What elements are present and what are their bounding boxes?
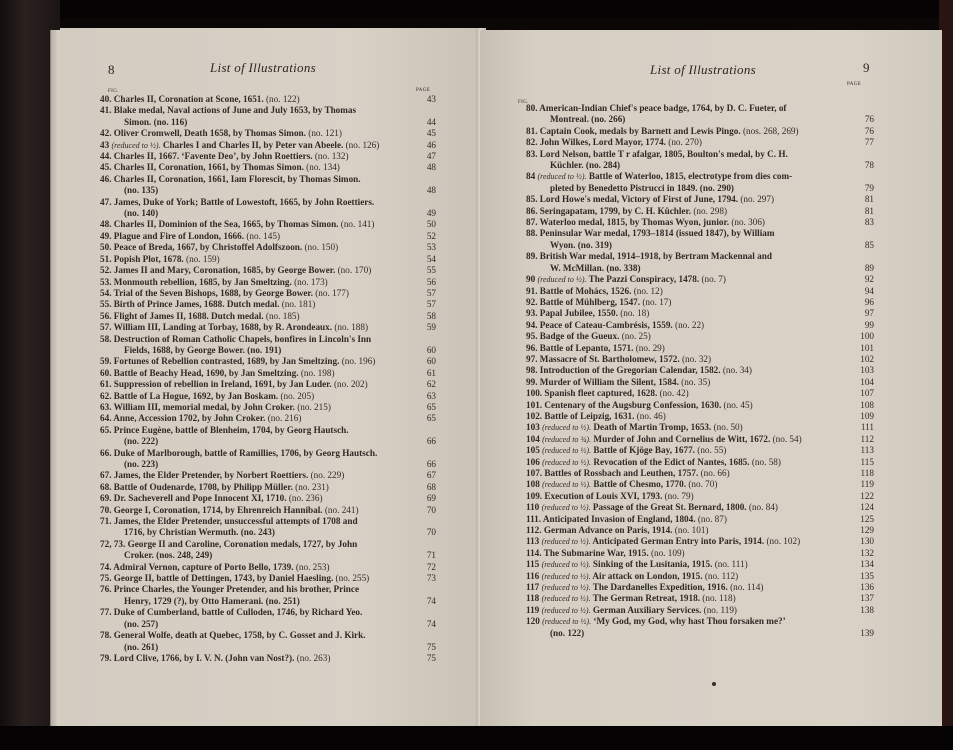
illustration-title: The Pazzi Conspiracy, 1478. xyxy=(589,274,700,284)
illustration-title: Battle of Beachy Head, 1690, by Jan Smel… xyxy=(114,368,299,378)
page-reference: 46 xyxy=(412,140,436,151)
list-item: 65. Prince Eugène, battle of Blenheim, 1… xyxy=(100,425,436,448)
reduction-note: (reduced to ½). xyxy=(542,503,591,512)
illustration-title: Battle of Oudenarde, 1708, by Philipp Mü… xyxy=(114,482,293,492)
figure-number: 83. xyxy=(526,149,537,159)
illustration-title: Anne, Accession 1702, by John Croker. xyxy=(113,413,265,423)
figure-number: 117 xyxy=(526,582,539,592)
list-item: 98. Introduction of the Gregorian Calend… xyxy=(526,365,874,376)
page-reference: 137 xyxy=(850,593,874,604)
page-reference: 48 xyxy=(412,185,436,196)
figure-number: 80. xyxy=(526,103,537,113)
illustration-title: Badge of the Gueux. xyxy=(540,331,620,341)
catalogue-reference: (no. 170) xyxy=(338,265,372,275)
illustration-title: Massacre of St. Bartholomew, 1572. xyxy=(540,354,680,364)
figure-number: 61. xyxy=(100,379,111,389)
figure-number: 68. xyxy=(100,482,111,492)
page-reference: 74 xyxy=(412,619,436,630)
list-item: 84 (reduced to ½). Battle of Waterloo, 1… xyxy=(526,171,874,194)
catalogue-reference: (no. 255) xyxy=(336,573,370,583)
catalogue-reference: (no. 35) xyxy=(681,377,710,387)
illustration-title: Peninsular War medal, 1793–1814 (issued … xyxy=(540,228,775,238)
page-reference: 56 xyxy=(412,277,436,288)
title-continuation: Fields, 1688, by George Bower. (no. 191) xyxy=(100,345,404,356)
page-reference: 67 xyxy=(412,470,436,481)
figure-number: 59. xyxy=(100,356,111,366)
figure-number: 40. xyxy=(100,94,111,104)
right-page: List of Illustrations 9 PAGE FIG. 80. Am… xyxy=(480,30,942,730)
figure-number: 76. xyxy=(100,584,111,594)
page-reference: 53 xyxy=(412,242,436,253)
list-item: 112. German Advance on Paris, 1914. (no.… xyxy=(526,525,874,536)
catalogue-reference: (no. 173) xyxy=(294,277,328,287)
figure-number: 50. xyxy=(100,242,111,252)
page-reference: 134 xyxy=(850,559,874,570)
figure-number: 56. xyxy=(100,311,111,321)
figure-number: 51. xyxy=(100,254,111,264)
page-reference: 74 xyxy=(412,596,436,607)
catalogue-reference: (no. 188) xyxy=(334,322,368,332)
catalogue-reference: (no. 18) xyxy=(620,308,649,318)
figure-number: 44. xyxy=(100,151,111,161)
page-number: 9 xyxy=(863,60,870,76)
list-item: 117 (reduced to ½). The Dardanelles Expe… xyxy=(526,582,874,593)
list-item: 47. James, Duke of York; Battle of Lowes… xyxy=(100,197,436,220)
list-item: 72, 73. George II and Caroline, Coronati… xyxy=(100,539,436,562)
figure-number: 48. xyxy=(100,219,111,229)
illustration-title: American-Indian Chief's peace badge, 176… xyxy=(539,103,786,113)
page-reference: 58 xyxy=(412,311,436,322)
illustration-title: German Advance on Paris, 1914. xyxy=(544,525,673,535)
figure-number: 41. xyxy=(100,105,111,115)
title-continuation: (no. 223) xyxy=(100,459,404,470)
figure-number: 109. xyxy=(526,491,542,501)
figure-number: 93. xyxy=(526,308,537,318)
page-reference: 65 xyxy=(412,413,436,424)
catalogue-reference: (no. 132) xyxy=(315,151,349,161)
list-item: 63. William III, memorial medal, by John… xyxy=(100,402,436,413)
illustration-title: Introduction of the Gregorian Calendar, … xyxy=(540,365,721,375)
illustration-title: James, the Elder Pretender, unsuccessful… xyxy=(114,516,358,526)
catalogue-reference: (no. 55) xyxy=(697,445,726,455)
illustration-title: Dr. Sacheverell and Pope Innocent XI, 17… xyxy=(114,493,287,503)
illustration-title: Duke of Marlborough, battle of Ramillies… xyxy=(114,448,377,458)
page-reference: 83 xyxy=(850,217,874,228)
catalogue-reference: (no. 112) xyxy=(705,571,738,581)
illustration-title: Air attack on London, 1915. xyxy=(592,571,702,581)
illustration-title: Peace of Cateau-Cambrésis, 1559. xyxy=(540,320,673,330)
catalogue-reference: (no. 42) xyxy=(660,388,689,398)
left-page: 8 List of Illustrations FIG. PAGE 40. Ch… xyxy=(60,28,480,728)
catalogue-reference: (no. 181) xyxy=(282,299,316,309)
page-reference: 139 xyxy=(850,628,874,639)
figure-number: 116 xyxy=(526,571,539,581)
illustration-title: Admiral Vernon, capture of Porto Bello, … xyxy=(113,562,293,572)
page-reference: 76 xyxy=(850,114,874,125)
page-reference: 103 xyxy=(850,365,874,376)
illustration-title: Passage of the Great St. Bernard, 1800. xyxy=(593,502,747,512)
figure-number: 111. xyxy=(526,514,541,524)
reduction-note: (reduced to ½). xyxy=(542,423,591,432)
catalogue-reference: (no. 134) xyxy=(306,162,340,172)
page-reference: 45 xyxy=(412,128,436,139)
catalogue-reference: (no. 118) xyxy=(702,593,735,603)
catalogue-reference: (no. 109) xyxy=(651,548,685,558)
catalogue-reference: (no. 22) xyxy=(675,320,704,330)
page-reference: 125 xyxy=(850,514,874,525)
illustration-title: Fortunes of Rebellion contrasted, 1689, … xyxy=(114,356,340,366)
list-item: 59. Fortunes of Rebellion contrasted, 16… xyxy=(100,356,436,367)
list-item: 120 (reduced to ½). ‘My God, my God, why… xyxy=(526,616,874,639)
list-item: 67. James, the Elder Pretender, by Norbe… xyxy=(100,470,436,481)
figure-number: 91. xyxy=(526,286,537,296)
list-item: 94. Peace of Cateau-Cambrésis, 1559. (no… xyxy=(526,320,874,331)
page-reference: 62 xyxy=(412,379,436,390)
catalogue-reference: (no. 216) xyxy=(268,413,302,423)
figure-number: 105 xyxy=(526,445,540,455)
list-item: 113 (reduced to ½). Anticipated German E… xyxy=(526,536,874,547)
figure-number: 96. xyxy=(526,343,537,353)
figure-number: 100. xyxy=(526,388,542,398)
catalogue-reference: (no. 141) xyxy=(341,219,375,229)
catalogue-reference: (no. 205) xyxy=(280,391,314,401)
page-reference: 99 xyxy=(850,320,874,331)
figure-number: 104 xyxy=(526,434,540,444)
figure-number: 118 xyxy=(526,593,539,603)
figure-number: 49. xyxy=(100,231,111,241)
page-reference: 136 xyxy=(850,582,874,593)
catalogue-reference: (no. 12) xyxy=(634,286,663,296)
figure-number: 54. xyxy=(100,288,111,298)
reduction-note: (reduced to ½). xyxy=(542,446,591,455)
list-item: 93. Papal Jubilee, 1550. (no. 18)97 xyxy=(526,308,874,319)
page-reference: 101 xyxy=(850,343,874,354)
page-reference: 119 xyxy=(850,479,874,490)
catalogue-reference: (no. 25) xyxy=(622,331,651,341)
illustration-title: Murder of William the Silent, 1584. xyxy=(540,377,679,387)
reduction-note: (reduced to ½). xyxy=(542,480,591,489)
figure-number: 45. xyxy=(100,162,111,172)
illustration-title: Flight of James II, 1688. Dutch medal. xyxy=(114,311,264,321)
page-reference: 79 xyxy=(850,183,874,194)
illustration-title: Captain Cook, medals by Barnett and Lewi… xyxy=(540,126,741,136)
list-item: 62. Battle of La Hogue, 1692, by Jan Bos… xyxy=(100,391,436,402)
illustration-title: Peace of Breda, 1667, by Christoffel Ado… xyxy=(114,242,302,252)
list-item: 105 (reduced to ½). Battle of Kjöge Bay,… xyxy=(526,445,874,456)
illustration-title: Charles II, 1667. ‘Favente Deo’, by John… xyxy=(114,151,313,161)
title-continuation: Küchler. (no. 284) xyxy=(526,160,842,171)
illustration-title: Suppression of rebellion in Ireland, 169… xyxy=(114,379,332,389)
catalogue-reference: (no. 236) xyxy=(289,493,323,503)
figure-number: 52. xyxy=(100,265,111,275)
list-item: 46. Charles II, Coronation, 1661, Iam Fl… xyxy=(100,174,436,197)
figure-number: 103 xyxy=(526,422,540,432)
page-column-header: PAGE xyxy=(416,88,430,93)
page-reference: 92 xyxy=(850,274,874,285)
illustration-title: Anticipated German Entry into Paris, 191… xyxy=(592,536,764,546)
illustration-title: Prince Eugène, battle of Blenheim, 1704,… xyxy=(114,425,349,435)
catalogue-reference: (no. 45) xyxy=(724,400,753,410)
figure-number: 119 xyxy=(526,605,539,615)
catalogue-reference: (no. 54) xyxy=(773,434,802,444)
page-reference: 49 xyxy=(412,208,436,219)
page-reference: 47 xyxy=(412,151,436,162)
figure-number: 110 xyxy=(526,502,539,512)
illustration-title: Destruction of Roman Catholic Chapels, b… xyxy=(114,334,371,344)
illustration-title: Seringapatam, 1799, by C. H. Küchler. xyxy=(540,206,691,216)
list-item: 104 (reduced to ¾). Murder of John and C… xyxy=(526,434,874,445)
illustration-title: Lord Nelson, battle T r afalgar, 1805, B… xyxy=(540,149,788,159)
top-shadow xyxy=(0,0,953,18)
catalogue-reference: (no. 79) xyxy=(665,491,694,501)
illustration-title: Duke of Cumberland, battle of Culloden, … xyxy=(114,607,363,617)
illustration-title: Battles of Rossbach and Leuthen, 1757. xyxy=(544,468,698,478)
list-item: 88. Peninsular War medal, 1793–1814 (iss… xyxy=(526,228,874,251)
list-item: 97. Massacre of St. Bartholomew, 1572. (… xyxy=(526,354,874,365)
list-item: 64. Anne, Accession 1702, by John Croker… xyxy=(100,413,436,424)
list-item: 74. Admiral Vernon, capture of Porto Bel… xyxy=(100,562,436,573)
page-reference: 113 xyxy=(850,445,874,456)
list-item: 90 (reduced to ½). The Pazzi Conspiracy,… xyxy=(526,274,874,285)
catalogue-reference: (no. 58) xyxy=(752,457,781,467)
reduction-note: (reduced to ½). xyxy=(542,560,591,569)
catalogue-reference: (no. 34) xyxy=(723,365,752,375)
page-reference: 57 xyxy=(412,299,436,310)
list-item: 77. Duke of Cumberland, battle of Cullod… xyxy=(100,607,436,630)
illustration-title: Battle of Waterloo, 1815, electrotype fr… xyxy=(589,171,792,181)
page-reference: 85 xyxy=(850,240,874,251)
page-reference: 100 xyxy=(850,331,874,342)
title-continuation: pleted by Benedetto Pistrucci in 1849. (… xyxy=(526,183,842,194)
title-continuation: 1716, by Christian Wermuth. (no. 243) xyxy=(100,527,404,538)
title-continuation: Henry, 1729 (?), by Otto Hamerani. (no. … xyxy=(100,596,404,607)
page-reference: 108 xyxy=(850,400,874,411)
illustration-title: Battle of Mohács, 1526. xyxy=(540,286,632,296)
page-reference: 118 xyxy=(850,468,874,479)
figure-number: 78. xyxy=(100,630,111,640)
list-item: 58. Destruction of Roman Catholic Chapel… xyxy=(100,334,436,357)
figure-number: 75. xyxy=(100,573,111,583)
catalogue-reference: (no. 7) xyxy=(701,274,726,284)
figure-number: 65. xyxy=(100,425,111,435)
illustration-title: Monmouth rebellion, 1685, by Jan Smeltzi… xyxy=(114,277,292,287)
illustration-title: James, the Elder Pretender, by Norbert R… xyxy=(114,470,309,480)
figure-number: 70. xyxy=(100,505,111,515)
page-reference: 70 xyxy=(412,527,436,538)
list-item: 81. Captain Cook, medals by Barnett and … xyxy=(526,126,874,137)
illustration-title: Charles II, Coronation, 1661, Iam Flores… xyxy=(114,174,361,184)
illustration-title: William III, memorial medal, by John Cro… xyxy=(114,402,295,412)
page-reference: 60 xyxy=(412,345,436,356)
figure-number: 115 xyxy=(526,559,539,569)
list-item: 108 (reduced to ½). Battle of Chesmo, 17… xyxy=(526,479,874,490)
illustration-title: Battle of Leipzig, 1631. xyxy=(544,411,634,421)
illustration-title: Battle of Mühlberg, 1547. xyxy=(540,297,640,307)
figure-number: 113 xyxy=(526,536,539,546)
list-item: 116 (reduced to ½). Air attack on London… xyxy=(526,571,874,582)
page-reference: 57 xyxy=(412,288,436,299)
list-item: 107. Battles of Rossbach and Leuthen, 17… xyxy=(526,468,874,479)
page-reference: 73 xyxy=(412,573,436,584)
list-item: 49. Plague and Fire of London, 1666. (no… xyxy=(100,231,436,242)
page-reference: 107 xyxy=(850,388,874,399)
page-reference: 66 xyxy=(412,436,436,447)
figure-number: 58. xyxy=(100,334,111,344)
title-continuation: (no. 135) xyxy=(100,185,404,196)
catalogue-reference: (no. 102) xyxy=(766,536,800,546)
catalogue-reference: (no. 29) xyxy=(636,343,665,353)
reduction-note: (reduced to ½). xyxy=(542,458,591,467)
page-reference: 55 xyxy=(412,265,436,276)
page-reference: 60 xyxy=(412,356,436,367)
page-reference: 61 xyxy=(412,368,436,379)
figure-number: 42. xyxy=(100,128,111,138)
title-continuation: (no. 222) xyxy=(100,436,404,447)
catalogue-reference: (no. 87) xyxy=(698,514,727,524)
illustration-title: Papal Jubilee, 1550. xyxy=(540,308,618,318)
figure-number: 85. xyxy=(526,194,537,204)
figure-number: 74. xyxy=(100,562,111,572)
illustration-title: Charles I and Charles II, by Peter van A… xyxy=(163,140,344,150)
list-item: 60. Battle of Beachy Head, 1690, by Jan … xyxy=(100,368,436,379)
title-continuation: Montreal. (no. 266) xyxy=(526,114,842,125)
illustration-title: John Wilkes, Lord Mayor, 1774. xyxy=(540,137,666,147)
catalogue-reference: (no. 297) xyxy=(740,194,774,204)
title-continuation: (no. 122) xyxy=(526,628,842,639)
catalogue-reference: (nos. 268, 269) xyxy=(743,126,799,136)
list-item: 99. Murder of William the Silent, 1584. … xyxy=(526,377,874,388)
figure-number: 62. xyxy=(100,391,111,401)
illustration-title: The German Retreat, 1918. xyxy=(593,593,700,603)
figure-number: 90 xyxy=(526,274,535,284)
catalogue-reference: (no. 101) xyxy=(675,525,709,535)
illustration-title: James II and Mary, Coronation, 1685, by … xyxy=(114,265,336,275)
figure-number: 46. xyxy=(100,174,111,184)
list-item: 115 (reduced to ½). Sinking of the Lusit… xyxy=(526,559,874,570)
page-reference: 54 xyxy=(412,254,436,265)
catalogue-reference: (no. 231) xyxy=(295,482,329,492)
figure-number: 114. xyxy=(526,548,542,558)
page-reference: 130 xyxy=(850,536,874,547)
page-reference: 76 xyxy=(850,126,874,137)
catalogue-reference: (no. 185) xyxy=(266,311,300,321)
running-title: List of Illustrations xyxy=(650,62,756,78)
figure-number: 107. xyxy=(526,468,542,478)
page-reference: 70 xyxy=(412,505,436,516)
list-item: 66. Duke of Marlborough, battle of Ramil… xyxy=(100,448,436,471)
list-item: 48. Charles II, Dominion of the Sea, 166… xyxy=(100,219,436,230)
figure-number: 81. xyxy=(526,126,537,136)
catalogue-reference: (no. 114) xyxy=(730,582,763,592)
page-reference: 122 xyxy=(850,491,874,502)
catalogue-reference: (no. 253) xyxy=(296,562,330,572)
list-item: 100. Spanish fleet captured, 1628. (no. … xyxy=(526,388,874,399)
figure-number: 101. xyxy=(526,400,542,410)
page-reference: 44 xyxy=(412,117,436,128)
catalogue-reference: (no. 215) xyxy=(297,402,331,412)
illustration-title: Centenary of the Augsburg Confession, 16… xyxy=(544,400,721,410)
title-continuation: Wyon. (no. 319) xyxy=(526,240,842,251)
page-reference: 81 xyxy=(850,194,874,205)
catalogue-reference: (no. 306) xyxy=(731,217,765,227)
list-item: 89. British War medal, 1914–1918, by Ber… xyxy=(526,251,874,274)
reduction-note: (reduced to ½). xyxy=(111,141,160,150)
page-reference: 69 xyxy=(412,493,436,504)
list-item: 71. James, the Elder Pretender, unsucces… xyxy=(100,516,436,539)
list-item: 56. Flight of James II, 1688. Dutch meda… xyxy=(100,311,436,322)
illustration-title: Trial of the Seven Bishops, 1688, by Geo… xyxy=(114,288,313,298)
list-item: 102. Battle of Leipzig, 1631. (no. 46)10… xyxy=(526,411,874,422)
figure-number: 63. xyxy=(100,402,111,412)
list-item: 118 (reduced to ½). The German Retreat, … xyxy=(526,593,874,604)
catalogue-reference: (no. 298) xyxy=(693,206,727,216)
illustration-title: Spanish fleet captured, 1628. xyxy=(544,388,657,398)
illustration-title: Revocation of the Edict of Nantes, 1685. xyxy=(593,457,749,467)
illustration-title: Murder of John and Cornelius de Witt, 16… xyxy=(593,434,770,444)
catalogue-reference: (no. 196) xyxy=(342,356,376,366)
illustration-title: ‘My God, my God, why hast Thou forsaken … xyxy=(593,616,785,626)
page-column-header: PAGE xyxy=(847,82,861,87)
catalogue-reference: (no. 126) xyxy=(346,140,380,150)
figure-number: 98. xyxy=(526,365,537,375)
title-continuation: (no. 261) xyxy=(100,642,404,653)
figure-number: 86. xyxy=(526,206,537,216)
figure-number: 89. xyxy=(526,251,537,261)
list-item: 61. Suppression of rebellion in Ireland,… xyxy=(100,379,436,390)
figure-number: 94. xyxy=(526,320,537,330)
catalogue-reference: (no. 263) xyxy=(297,653,331,663)
title-continuation: W. McMillan. (no. 338) xyxy=(526,263,842,274)
page-reference: 102 xyxy=(850,354,874,365)
page-reference: 66 xyxy=(412,459,436,470)
page-reference: 124 xyxy=(850,502,874,513)
list-item: 51. Popish Plot, 1678. (no. 159)54 xyxy=(100,254,436,265)
list-item: 75. George II, battle of Dettingen, 1743… xyxy=(100,573,436,584)
list-item: 68. Battle of Oudenarde, 1708, by Philip… xyxy=(100,482,436,493)
list-item: 103 (reduced to ½). Death of Martin Trom… xyxy=(526,422,874,433)
reduction-note: (reduced to ½). xyxy=(537,275,586,284)
illustration-title: James, Duke of York; Battle of Lowestoft… xyxy=(114,197,374,207)
catalogue-reference: (no. 241) xyxy=(325,505,359,515)
list-item: 86. Seringapatam, 1799, by C. H. Küchler… xyxy=(526,206,874,217)
list-item: 41. Blake medal, Naval actions of June a… xyxy=(100,105,436,128)
reduction-note: (reduced to ¾). xyxy=(542,435,591,444)
figure-number: 67. xyxy=(100,470,111,480)
page-reference: 129 xyxy=(850,525,874,536)
catalogue-reference: (no. 202) xyxy=(334,379,368,389)
title-continuation: Simon. (no. 116) xyxy=(100,117,404,128)
figure-number: 95. xyxy=(526,331,537,341)
illustration-title: Waterloo medal, 1815, by Thomas Wyon, ju… xyxy=(540,217,729,227)
catalogue-reference: (no. 177) xyxy=(315,288,349,298)
illustration-title: Oliver Cromwell, Death 1658, by Thomas S… xyxy=(114,128,306,138)
illustration-list: 80. American-Indian Chief's peace badge,… xyxy=(526,103,874,639)
page-reference: 112 xyxy=(850,434,874,445)
list-item: 40. Charles II, Coronation at Scone, 165… xyxy=(100,94,436,105)
illustration-title: Sinking of the Lusitania, 1915. xyxy=(593,559,712,569)
list-item: 91. Battle of Mohács, 1526. (no. 12)94 xyxy=(526,286,874,297)
list-item: 114. The Submarine War, 1915. (no. 109)1… xyxy=(526,548,874,559)
list-item: 78. General Wolfe, death at Quebec, 1758… xyxy=(100,630,436,653)
list-item: 44. Charles II, 1667. ‘Favente Deo’, by … xyxy=(100,151,436,162)
catalogue-reference: (no. 32) xyxy=(682,354,711,364)
page-reference: 72 xyxy=(412,562,436,573)
illustration-title: General Wolfe, death at Quebec, 1758, by… xyxy=(114,630,366,640)
reduction-note: (reduced to ½). xyxy=(542,594,591,603)
figure-number: 64. xyxy=(100,413,111,423)
page-reference: 109 xyxy=(850,411,874,422)
illustration-title: William III, Landing at Torbay, 1688, by… xyxy=(114,322,332,332)
